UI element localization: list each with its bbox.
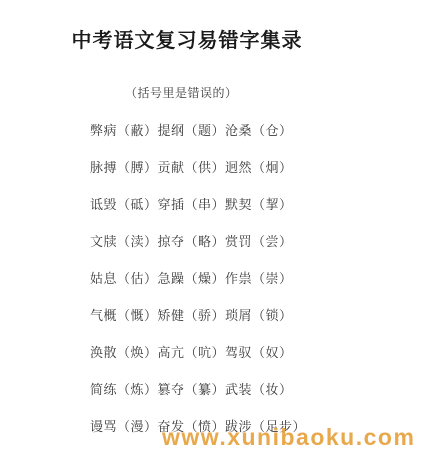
word-pair: 提纲（题） bbox=[158, 123, 226, 138]
word-pair: 篡夺（纂） bbox=[158, 382, 226, 397]
word-pair: 高亢（吭） bbox=[158, 345, 226, 360]
page-title: 中考语文复习易错字集录 bbox=[0, 24, 374, 53]
word-pair: 迥然（炯） bbox=[225, 160, 293, 175]
word-pair: 简练（炼） bbox=[90, 382, 158, 397]
char-row: 涣散（焕）高亢（吭）驾驭（奴） bbox=[90, 334, 374, 371]
word-pair: 琐屑（锁） bbox=[225, 308, 293, 323]
char-row: 诋毁（砥）穿插（串）默契（挈） bbox=[90, 186, 374, 223]
word-pair: 掠夺（略） bbox=[158, 234, 226, 249]
word-pair: 气概（慨） bbox=[90, 308, 158, 323]
char-row: 脉搏（膊）贡献（供）迥然（炯） bbox=[90, 149, 374, 186]
bracket-note: （括号里是错误的） bbox=[125, 84, 374, 101]
char-row: 简练（炼）篡夺（纂）武装（妆） bbox=[90, 371, 374, 408]
word-pair: 姑息（估） bbox=[90, 271, 158, 286]
char-row: 姑息（估）急躁（燥）作祟（崇） bbox=[90, 260, 374, 297]
word-pair: 涣散（焕） bbox=[90, 345, 158, 360]
word-pair: 武装（妆） bbox=[225, 382, 293, 397]
char-rows: 弊病（蔽）提纲（题）沧桑（仓）脉搏（膊）贡献（供）迥然（炯）诋毁（砥）穿插（串）… bbox=[90, 112, 374, 445]
word-pair: 沧桑（仓） bbox=[225, 123, 293, 138]
watermark: www.xunibaoku.com bbox=[162, 424, 415, 451]
char-row: 文牍（渎）掠夺（略）赏罚（尝） bbox=[90, 223, 374, 260]
document-page: 中考语文复习易错字集录 （括号里是错误的） 弊病（蔽）提纲（题）沧桑（仓）脉搏（… bbox=[0, 0, 374, 445]
word-pair: 穿插（串） bbox=[158, 197, 226, 212]
word-pair: 默契（挈） bbox=[225, 197, 293, 212]
word-pair: 贡献（供） bbox=[158, 160, 226, 175]
word-pair: 谩骂（漫） bbox=[90, 419, 158, 434]
word-pair: 作祟（崇） bbox=[225, 271, 293, 286]
word-pair: 脉搏（膊） bbox=[90, 160, 158, 175]
word-pair: 矫健（骄） bbox=[158, 308, 226, 323]
char-row: 气概（慨）矫健（骄）琐屑（锁） bbox=[90, 297, 374, 334]
word-pair: 驾驭（奴） bbox=[225, 345, 293, 360]
word-pair: 诋毁（砥） bbox=[90, 197, 158, 212]
word-pair: 弊病（蔽） bbox=[90, 123, 158, 138]
char-row: 弊病（蔽）提纲（题）沧桑（仓） bbox=[90, 112, 374, 149]
word-pair: 急躁（燥） bbox=[158, 271, 226, 286]
word-pair: 文牍（渎） bbox=[90, 234, 158, 249]
word-pair: 赏罚（尝） bbox=[225, 234, 293, 249]
